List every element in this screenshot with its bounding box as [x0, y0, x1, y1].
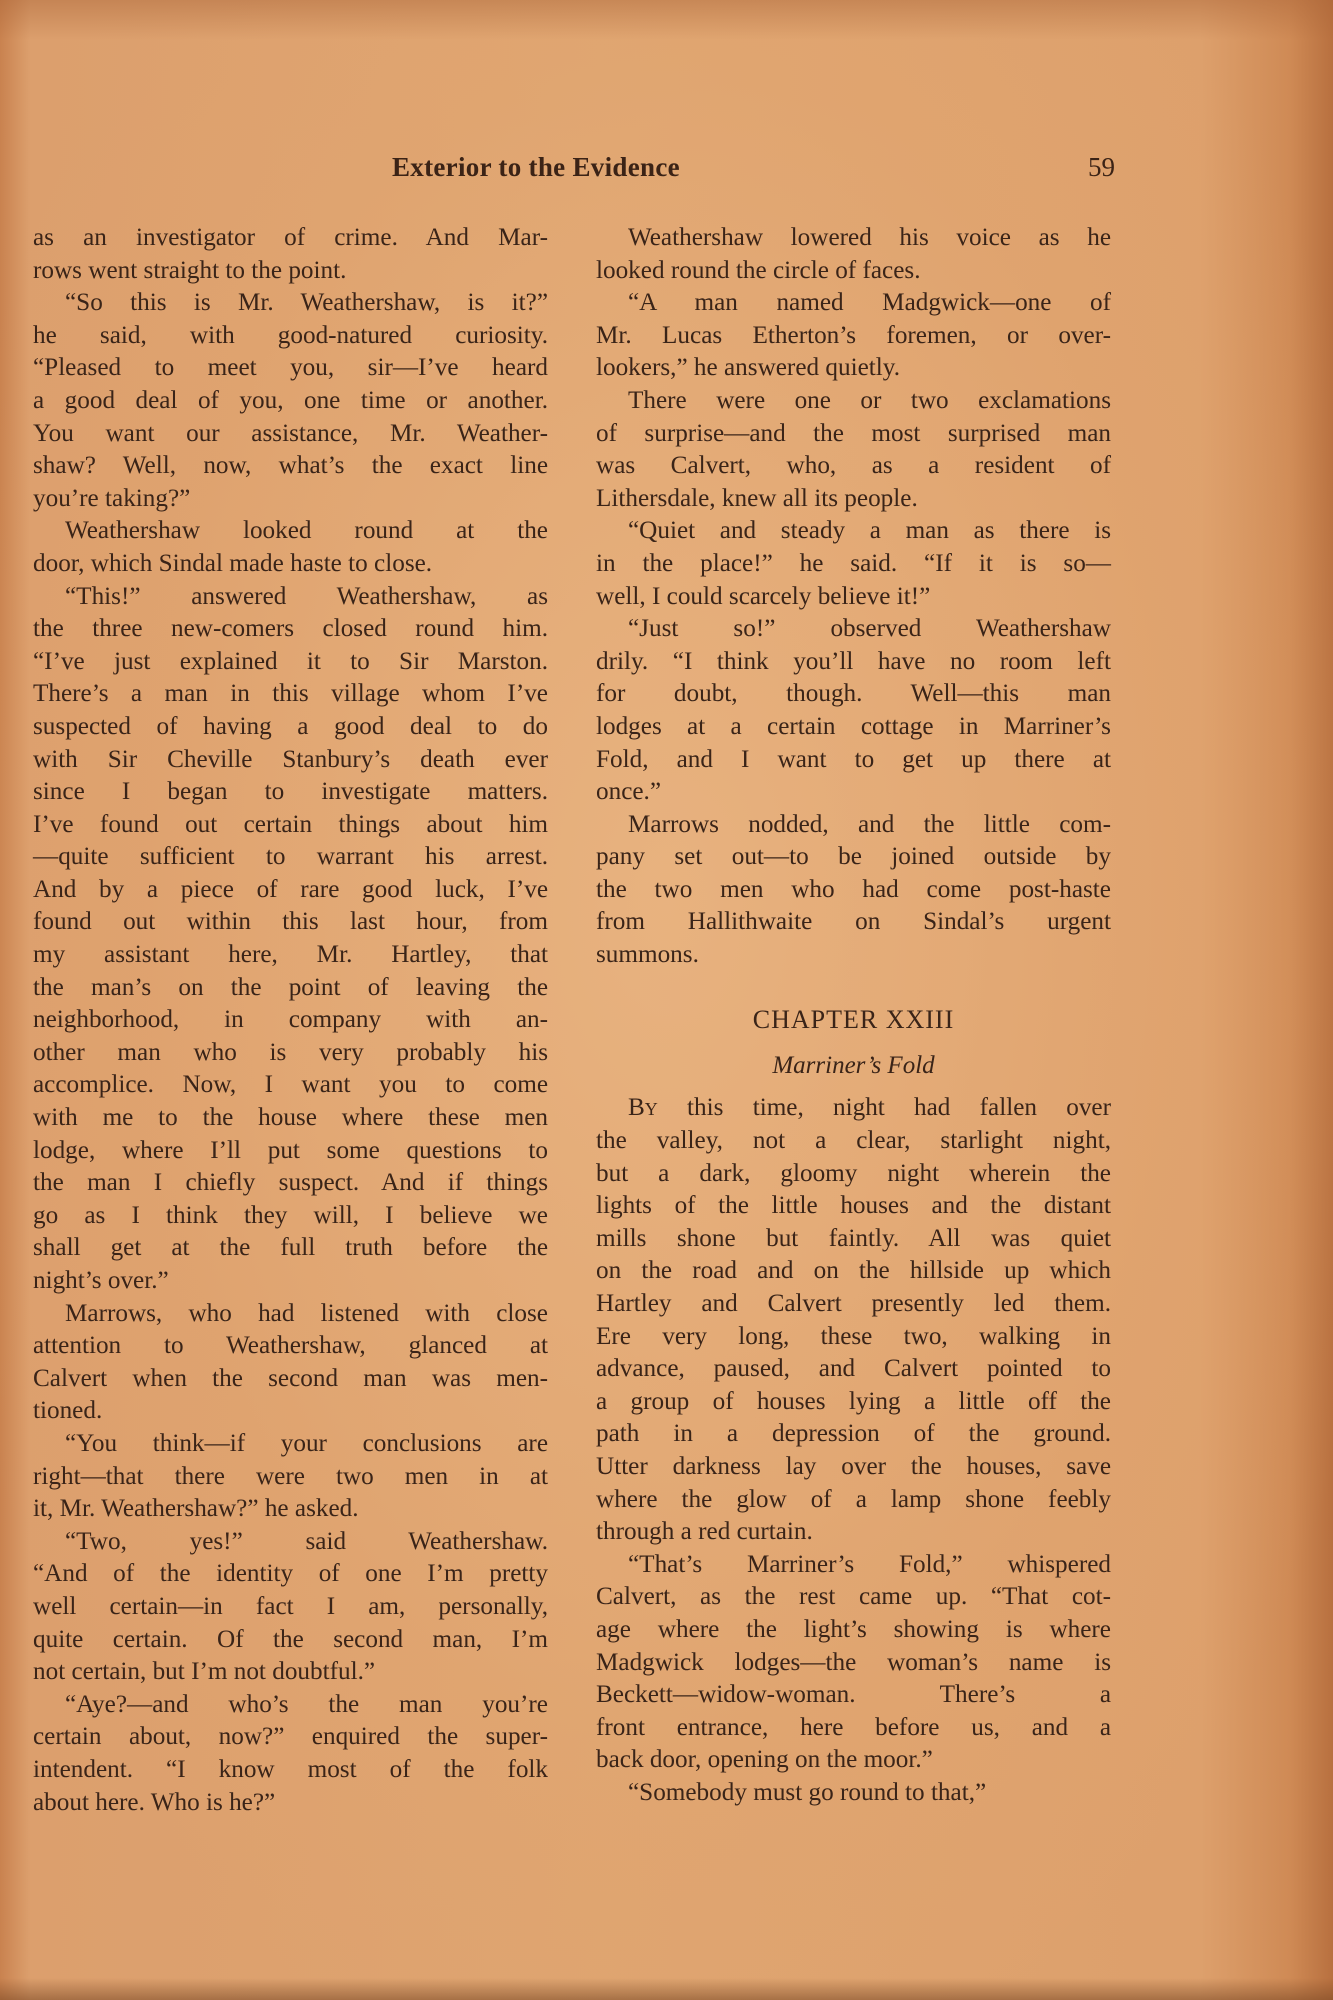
- text-line: I’ve found out certain things about him: [33, 809, 548, 842]
- right-column-text-after-chapter: By this time, night had fallen overthe v…: [596, 1092, 1111, 1809]
- text-line: Hartley and Calvert presently led them.: [596, 1288, 1111, 1321]
- text-line: And by a piece of rare good luck, I’ve: [33, 874, 548, 907]
- text-line: was Calvert, who, as a resident of: [596, 450, 1111, 483]
- text-line: the man’s on the point of leaving the: [33, 972, 548, 1005]
- text-line: shall get at the full truth before the: [33, 1232, 548, 1265]
- text-line: pany set out—to be joined outside by: [596, 841, 1111, 874]
- text-line: Beckett—widow-woman. There’s a: [596, 1679, 1111, 1712]
- text-line: for doubt, though. Well—this man: [596, 678, 1111, 711]
- chapter-subtitle: Marriner’s Fold: [596, 1050, 1111, 1083]
- text-line: found out within this last hour, from: [33, 906, 548, 939]
- text-line: “You think—if your conclusions are: [33, 1428, 548, 1461]
- text-line: he said, with good-natured curiosity.: [33, 320, 548, 353]
- text-line: the valley, not a clear, starlight night…: [596, 1125, 1111, 1158]
- text-line: since I began to investigate matters.: [33, 776, 548, 809]
- text-line: Mr. Lucas Etherton’s foremen, or over-: [596, 320, 1111, 353]
- text-line: well, I could scarcely believe it!”: [596, 581, 1111, 614]
- text-line: “Quiet and steady a man as there is: [596, 515, 1111, 548]
- text-line: you’re taking?”: [33, 483, 548, 516]
- text-line: the three new-comers closed round him.: [33, 613, 548, 646]
- text-line: “Aye?—and who’s the man you’re: [33, 1689, 548, 1722]
- text-line: You want our assistance, Mr. Weather-: [33, 418, 548, 451]
- text-line: Weathershaw lowered his voice as he: [596, 222, 1111, 255]
- text-line: “And of the identity of one I’m pretty: [33, 1558, 548, 1591]
- text-line: looked round the circle of faces.: [596, 255, 1111, 288]
- right-column: Weathershaw lowered his voice as helooke…: [596, 222, 1111, 1810]
- text-line: from Hallithwaite on Sindal’s urgent: [596, 906, 1111, 939]
- text-line: other man who is very probably his: [33, 1037, 548, 1070]
- text-line: There’s a man in this village whom I’ve: [33, 678, 548, 711]
- text-line: the man I chiefly suspect. And if things: [33, 1167, 548, 1200]
- text-line: lodges at a certain cottage in Marriner’…: [596, 711, 1111, 744]
- text-line: “Two, yes!” said Weathershaw.: [33, 1526, 548, 1559]
- text-line: advance, paused, and Calvert pointed to: [596, 1353, 1111, 1386]
- text-line: summons.: [596, 939, 1111, 972]
- left-column: as an investigator of crime. And Mar-row…: [33, 222, 548, 1819]
- text-line: “A man named Madgwick—one of: [596, 287, 1111, 320]
- text-line: “So this is Mr. Weathershaw, is it?”: [33, 287, 548, 320]
- text-line: right—that there were two men in at: [33, 1461, 548, 1494]
- text-line: “Somebody must go round to that,”: [596, 1777, 1111, 1810]
- page-number: 59: [1088, 152, 1115, 183]
- text-line: quite certain. Of the second man, I’m: [33, 1624, 548, 1657]
- text-line: neighborhood, in company with an-: [33, 1004, 548, 1037]
- text-line: certain about, now?” enquired the super-: [33, 1721, 548, 1754]
- book-page: Exterior to the Evidence 59 as an invest…: [0, 0, 1333, 2000]
- running-title: Exterior to the Evidence: [392, 152, 680, 183]
- text-line: through a red curtain.: [596, 1516, 1111, 1549]
- text-line: attention to Weathershaw, glanced at: [33, 1330, 548, 1363]
- text-line: —quite sufficient to warrant his arrest.: [33, 841, 548, 874]
- text-line: “Pleased to meet you, sir—I’ve heard: [33, 352, 548, 385]
- text-line: once.”: [596, 776, 1111, 809]
- text-line: a group of houses lying a little off the: [596, 1386, 1111, 1419]
- text-line: drily. “I think you’ll have no room left: [596, 646, 1111, 679]
- text-line: “That’s Marriner’s Fold,” whispered: [596, 1549, 1111, 1582]
- text-line: a good deal of you, one time or another.: [33, 385, 548, 418]
- text-line: Ere very long, these two, walking in: [596, 1321, 1111, 1354]
- running-head: Exterior to the Evidence 59: [0, 152, 1333, 192]
- text-line: Marrows, who had listened with close: [33, 1298, 548, 1331]
- text-line: where the glow of a lamp shone feebly: [596, 1484, 1111, 1517]
- right-column-text-before-chapter: Weathershaw lowered his voice as helooke…: [596, 222, 1111, 972]
- text-line: “This!” answered Weathershaw, as: [33, 581, 548, 614]
- text-line: Calvert when the second man was men-: [33, 1363, 548, 1396]
- text-line: night’s over.”: [33, 1265, 548, 1298]
- text-line: with me to the house where these men: [33, 1102, 548, 1135]
- text-line: on the road and on the hillside up which: [596, 1255, 1111, 1288]
- text-line: “Just so!” observed Weathershaw: [596, 613, 1111, 646]
- text-line: but a dark, gloomy night wherein the: [596, 1158, 1111, 1191]
- text-line: Fold, and I want to get up there at: [596, 744, 1111, 777]
- text-line: suspected of having a good deal to do: [33, 711, 548, 744]
- text-line: it, Mr. Weathershaw?” he asked.: [33, 1493, 548, 1526]
- text-line: back door, opening on the moor.”: [596, 1744, 1111, 1777]
- chapter-heading: CHAPTER XXIII: [596, 1004, 1111, 1037]
- text-line: Marrows nodded, and the little com-: [596, 809, 1111, 842]
- text-line: shaw? Well, now, what’s the exact line: [33, 450, 548, 483]
- text-line: of surprise—and the most surprised man: [596, 418, 1111, 451]
- chapter-opening-word: By: [628, 1094, 658, 1121]
- text-line: the two men who had come post-haste: [596, 874, 1111, 907]
- text-line: There were one or two exclamations: [596, 385, 1111, 418]
- text-line: Utter darkness lay over the houses, save: [596, 1451, 1111, 1484]
- text-line: “I’ve just explained it to Sir Marston.: [33, 646, 548, 679]
- text-line: By this time, night had fallen over: [596, 1092, 1111, 1125]
- text-line: in the place!” he said. “If it is so—: [596, 548, 1111, 581]
- text-line: go as I think they will, I believe we: [33, 1200, 548, 1233]
- text-line: accomplice. Now, I want you to come: [33, 1069, 548, 1102]
- text-line: front entrance, here before us, and a: [596, 1712, 1111, 1745]
- text-line: Calvert, as the rest came up. “That cot-: [596, 1581, 1111, 1614]
- text-line: my assistant here, Mr. Hartley, that: [33, 939, 548, 972]
- text-line: age where the light’s showing is where: [596, 1614, 1111, 1647]
- text-line: lookers,” he answered quietly.: [596, 352, 1111, 385]
- text-line: door, which Sindal made haste to close.: [33, 548, 548, 581]
- text-line: rows went straight to the point.: [33, 255, 548, 288]
- text-line: path in a depression of the ground.: [596, 1418, 1111, 1451]
- text-line: not certain, but I’m not doubtful.”: [33, 1656, 548, 1689]
- text-line: with Sir Cheville Stanbury’s death ever: [33, 744, 548, 777]
- text-line: Lithersdale, knew all its people.: [596, 483, 1111, 516]
- text-line: Weathershaw looked round at the: [33, 515, 548, 548]
- text-line: lights of the little houses and the dist…: [596, 1190, 1111, 1223]
- text-line: tioned.: [33, 1395, 548, 1428]
- text-line: as an investigator of crime. And Mar-: [33, 222, 548, 255]
- text-line: mills shone but faintly. All was quiet: [596, 1223, 1111, 1256]
- text-line: lodge, where I’ll put some questions to: [33, 1135, 548, 1168]
- text-line: Madgwick lodges—the woman’s name is: [596, 1647, 1111, 1680]
- text-line: intendent. “I know most of the folk: [33, 1754, 548, 1787]
- text-line: well certain—in fact I am, personally,: [33, 1591, 548, 1624]
- text-line: about here. Who is he?”: [33, 1787, 548, 1820]
